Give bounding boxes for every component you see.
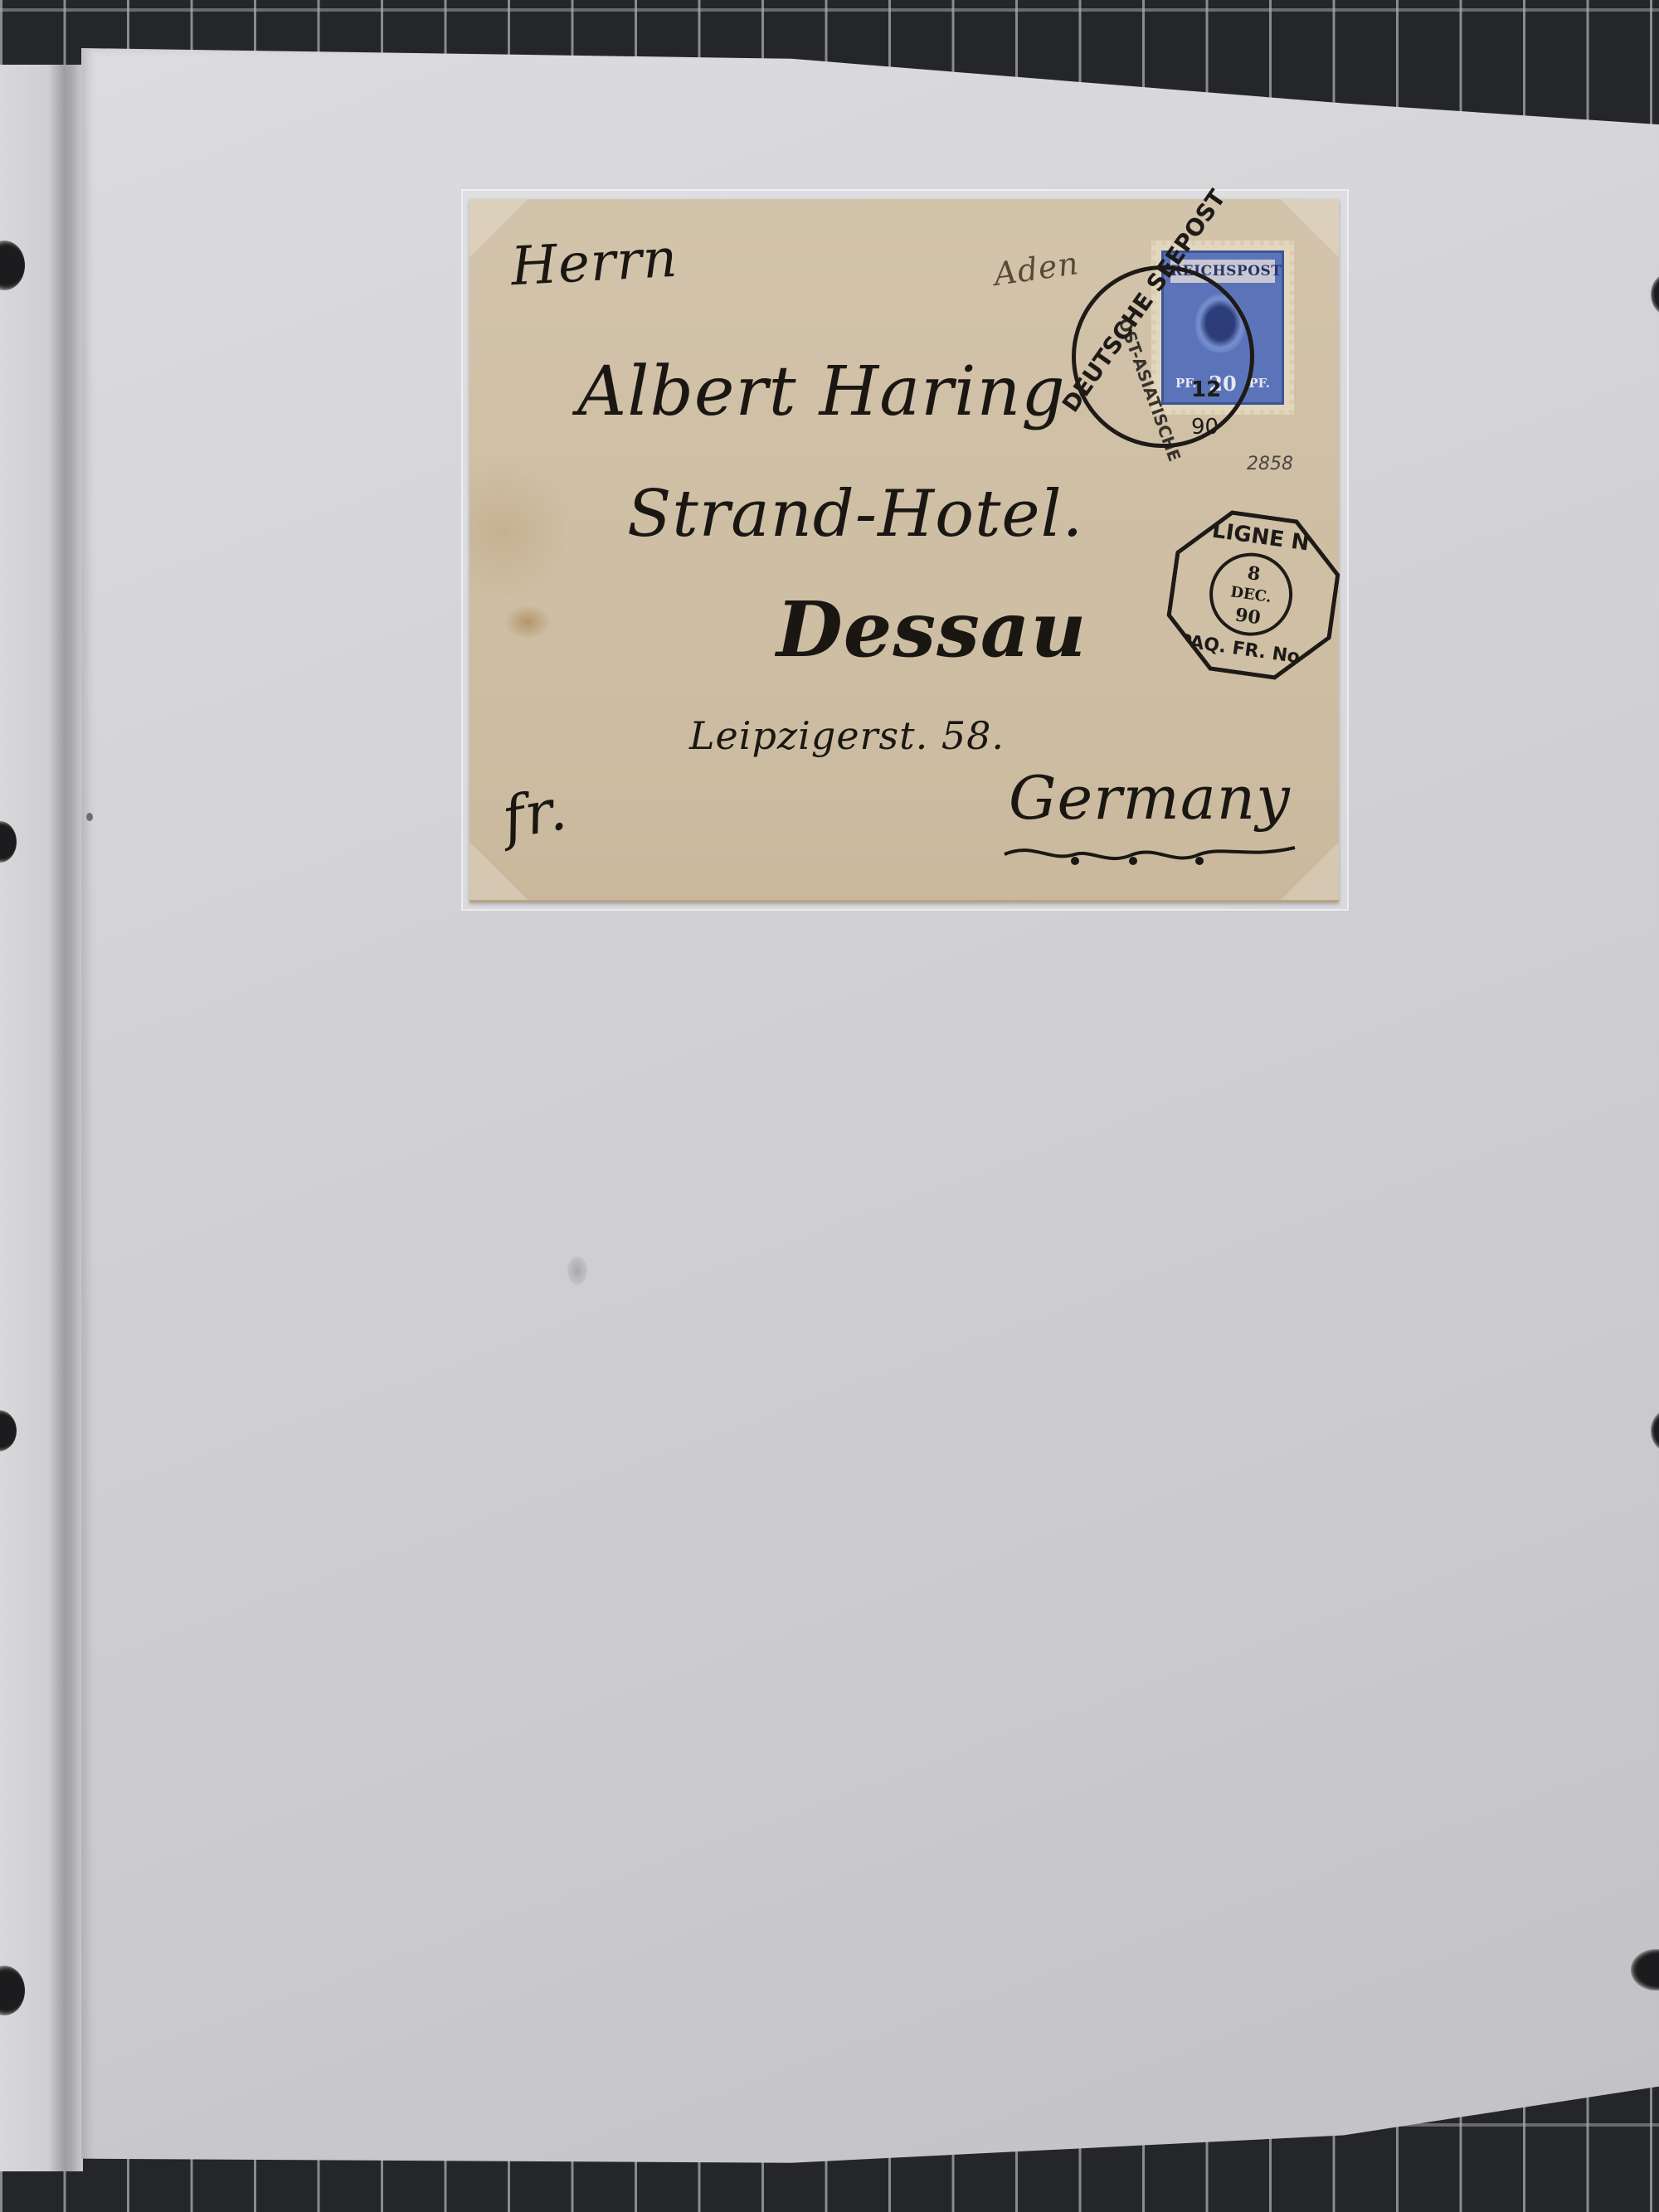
stamp-denomination-right: PF. — [1248, 376, 1270, 391]
addressee-name: Albert Haring — [577, 352, 1066, 431]
franco-note: fr. — [497, 775, 572, 853]
salutation: Herrn — [509, 228, 679, 298]
country-line: Germany — [1009, 763, 1291, 833]
ligne-octagonal-cancel: 8 DEC. 90 LIGNE N PAQ. FR. No 5 — [1160, 503, 1346, 687]
street-line: Leipzigerst. 58. — [689, 713, 1005, 758]
cancel-round-date: 12 — [1191, 377, 1221, 402]
hotel-line: Strand-Hotel. — [627, 477, 1083, 552]
underline-flourish — [1000, 838, 1299, 871]
postal-cover: Herrn Aden Albert Haring Strand-Hotel. D… — [469, 199, 1339, 902]
page-smudge — [567, 1257, 587, 1285]
city-line: Dessau — [776, 585, 1087, 674]
catalog-number: 2858 — [1247, 454, 1293, 474]
routing-note: Aden — [991, 245, 1081, 293]
page-speck — [86, 813, 93, 821]
cancel-round-year: 90 — [1191, 415, 1219, 440]
page-fold-shadow — [48, 65, 81, 2171]
